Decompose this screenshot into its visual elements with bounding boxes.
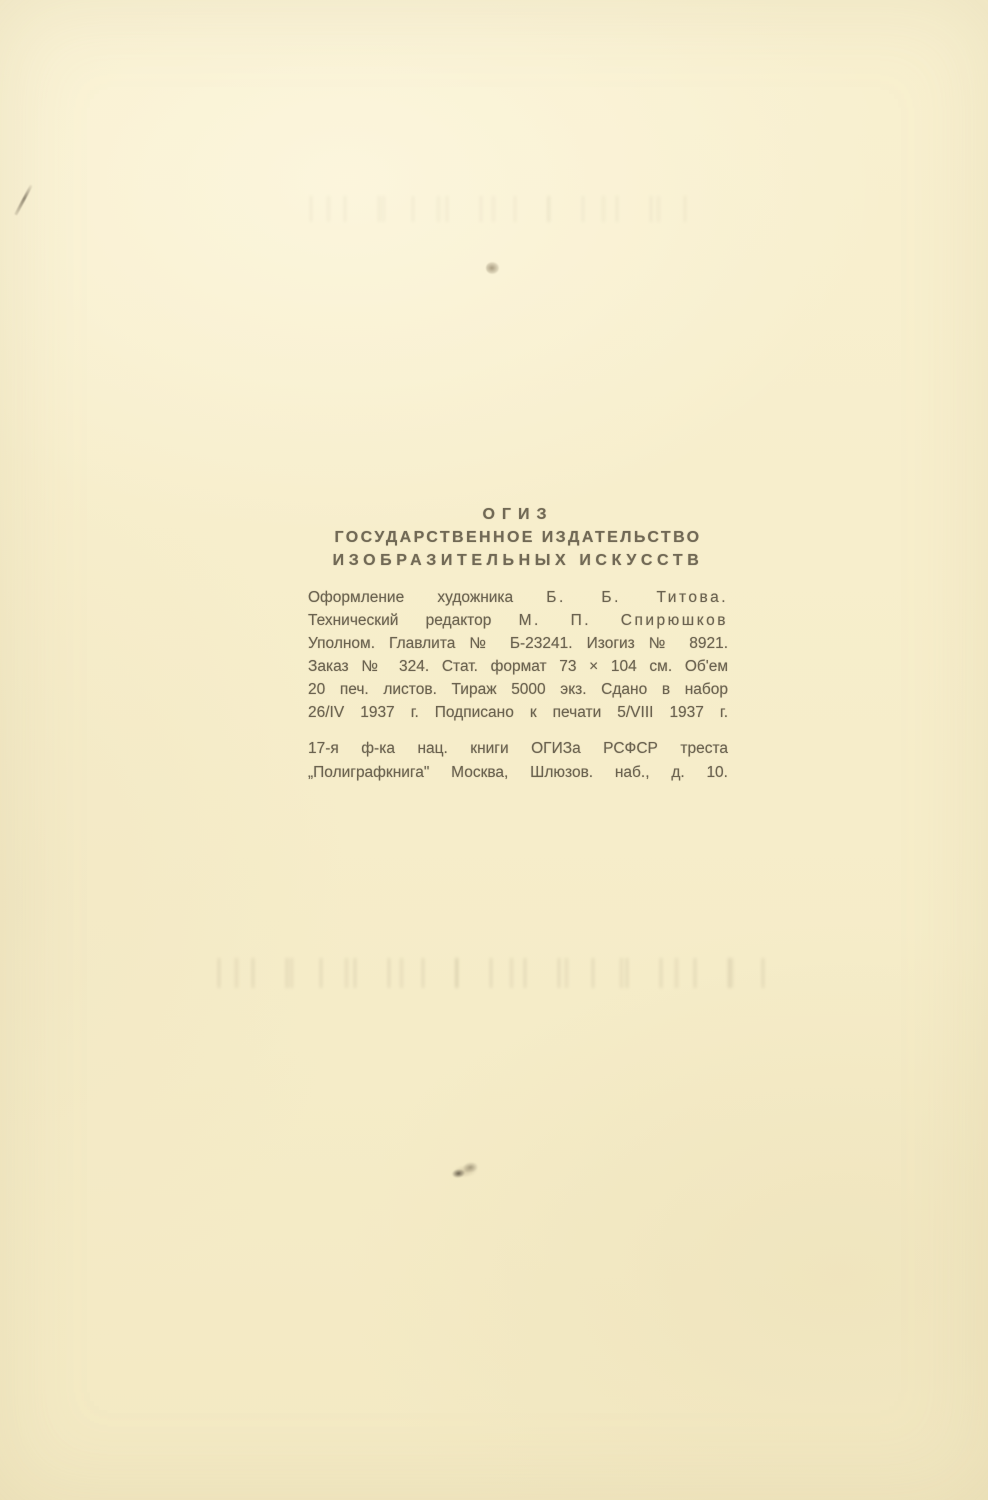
bleed-through-text-middle [218,958,778,988]
bleed-through-text-top [310,196,690,222]
tech-editor-name: М. П. Спирюшков [519,612,728,629]
publisher-header: ОГИЗ ГОСУДАРСТВЕННОЕ ИЗДАТЕЛЬСТВО ИЗОБРА… [308,503,728,572]
imprint-dates-line: 26/IV 1937 г. Подписано к печати 5/VIII … [308,701,728,724]
design-prefix: Оформление художника [308,589,546,606]
imprint-block: Оформление художника Б. Б. Титова. Техни… [308,586,728,724]
imprint-print-run-line: 20 печ. листов. Тираж 5000 экз. Сдано в … [308,678,728,701]
scratch-mark [14,184,33,215]
designer-name: Б. Б. Титова. [546,589,728,606]
ink-smudge [445,1157,487,1182]
publisher-name-line2: ИЗОБРАЗИТЕЛЬНЫХ ИСКУССТВ [308,549,728,572]
scanned-book-page: ОГИЗ ГОСУДАРСТВЕННОЕ ИЗДАТЕЛЬСТВО ИЗОБРА… [0,0,988,1500]
imprint-censor-line: Уполном. Главлита № Б-23241. Изогиз № 89… [308,632,728,655]
publisher-abbrev: ОГИЗ [308,503,728,526]
printer-line2: „Полиграфкнига" Москва, Шлюзов. наб., д.… [308,761,728,785]
imprint-design-line: Оформление художника Б. Б. Титова. [308,586,728,609]
ink-dot-mark [486,262,499,274]
imprint-order-line: Заказ № 324. Стат. формат 73 × 104 см. О… [308,655,728,678]
tech-editor-prefix: Технический редактор [308,612,519,629]
publisher-name-line1: ГОСУДАРСТВЕННОЕ ИЗДАТЕЛЬСТВО [308,526,728,549]
printer-line1: 17-я ф-ка нац. книги ОГИЗа РСФСР треста [308,737,728,761]
printer-block: 17-я ф-ка нац. книги ОГИЗа РСФСР треста … [308,737,728,785]
colophon-block: ОГИЗ ГОСУДАРСТВЕННОЕ ИЗДАТЕЛЬСТВО ИЗОБРА… [308,503,728,785]
imprint-tech-editor-line: Технический редактор М. П. Спирюшков [308,609,728,632]
